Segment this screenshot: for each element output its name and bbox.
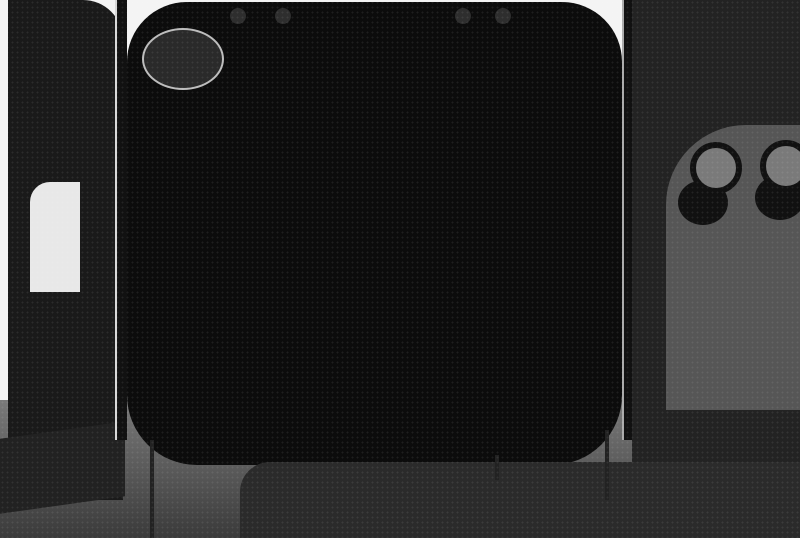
aircraft-bay-photo	[0, 0, 800, 538]
film-grain	[0, 0, 800, 538]
